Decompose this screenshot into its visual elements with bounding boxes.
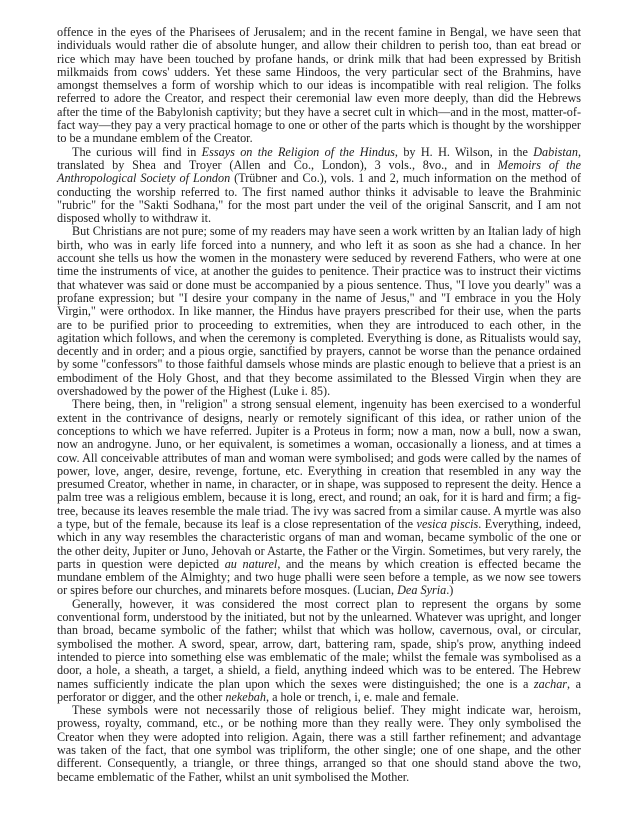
text-run: Generally, however, it was considered th… [57,597,581,691]
text-run: The curious will find in [72,145,202,159]
text-run: offence in the eyes of the Pharisees of … [57,25,581,145]
document-page: offence in the eyes of the Pharisees of … [0,0,638,826]
text-run-italic: Essays on the Religion of the Hindus [202,145,395,159]
text-run-italic: Dea Syria [397,583,446,597]
text-run-italic: zachar [534,677,567,691]
text-run: But Christians are not pure; some of my … [57,224,581,398]
text-run: There being, then, in "religion" a stron… [57,397,581,531]
text-run-italic: nekebah [225,690,266,704]
text-run: These symbols were not necessarily those… [57,703,581,783]
text-run-italic: Dabistan [533,145,578,159]
paragraph: There being, then, in "religion" a stron… [57,398,581,597]
text-run-italic: vesica piscis [417,517,479,531]
paragraph: offence in the eyes of the Pharisees of … [57,26,581,146]
text-run: .) [446,583,453,597]
page-text: offence in the eyes of the Pharisees of … [57,26,581,784]
paragraph: The curious will find in Essays on the R… [57,146,581,226]
text-run-italic: au naturel [225,557,278,571]
paragraph: These symbols were not necessarily those… [57,704,581,784]
text-run: , a hole or trench, i, e. male and femal… [266,690,459,704]
paragraph: But Christians are not pure; some of my … [57,225,581,398]
paragraph: Generally, however, it was considered th… [57,598,581,704]
text-run: , by H. H. Wilson, in the [395,145,533,159]
